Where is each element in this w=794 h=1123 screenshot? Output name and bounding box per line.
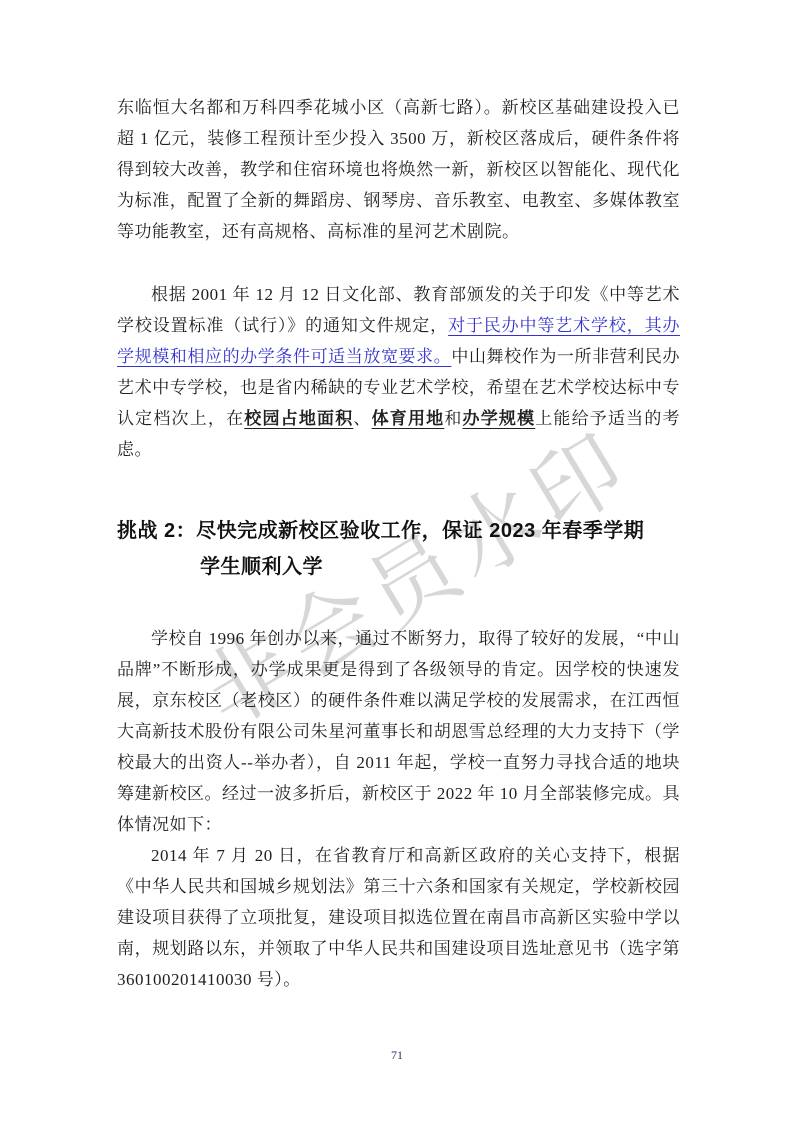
section-heading-line2: 学生顺利入学 — [200, 556, 323, 578]
paragraph-campus-construction: 东临恒大名都和万科四季花城小区（高新七路）。新校区基础建设投入已超 1 亿元，装… — [117, 92, 680, 247]
separator-he: 和 — [444, 409, 462, 428]
section-heading-challenge-2: 挑战 2：尽快完成新校区验收工作，保证 2023 年春季学期学生顺利入学 — [117, 513, 680, 585]
document-page: 非会员水印 东临恒大名都和万科四季花城小区（高新七路）。新校区基础建设投入已超 … — [0, 0, 794, 1123]
paragraph-project-approval: 2014 年 7 月 20 日，在省教育厅和高新区政府的关心支持下，根据《中华人… — [117, 840, 680, 995]
page-number: 71 — [0, 1048, 794, 1063]
document-body: 东临恒大名都和万科四季花城小区（高新七路）。新校区基础建设投入已超 1 亿元，装… — [117, 92, 680, 995]
separator-dunhao: 、 — [353, 409, 371, 428]
paragraph-policy: 根据 2001 年 12 月 12 日文化部、教育部颁发的关于印发《中等艺术学校… — [117, 279, 680, 465]
emphasis-campus-area: 校园占地面积 — [244, 409, 353, 428]
emphasis-sports-land: 体育用地 — [372, 409, 445, 428]
paragraph-school-history: 学校自 1996 年创办以来，通过不断努力，取得了较好的发展，“中山品牌”不断形… — [117, 623, 680, 840]
emphasis-school-scale: 办学规模 — [463, 409, 536, 428]
section-heading-line1: 挑战 2：尽快完成新校区验收工作，保证 2023 年春季学期 — [117, 520, 644, 542]
